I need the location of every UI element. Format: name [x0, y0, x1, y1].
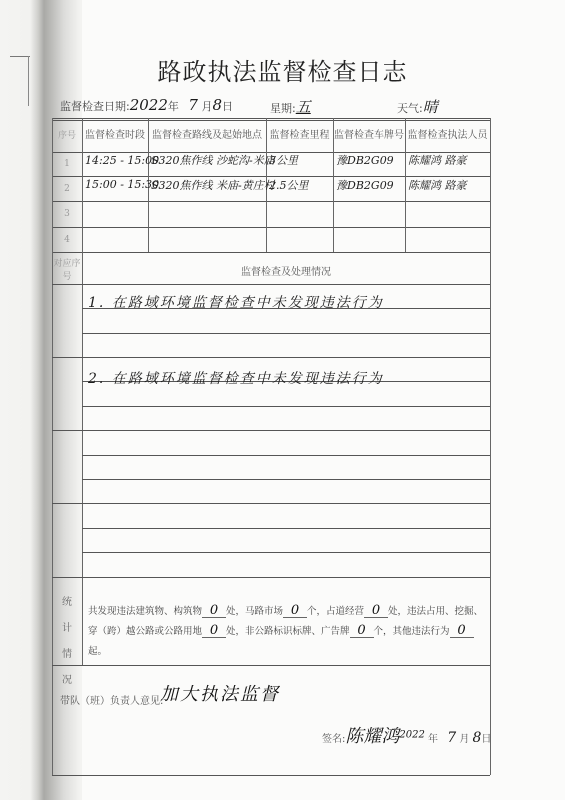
- row-number: 1: [53, 152, 81, 176]
- header-seq: 序号: [53, 120, 81, 152]
- row-officers: 陈耀鸿 路豪: [406, 148, 491, 172]
- row-officers: [406, 223, 491, 248]
- statistics-text: 共发现违法建筑物、构筑物0处，马路市场0个，占道经营0处，违法占用、挖掘、穿（跨…: [88, 602, 488, 662]
- table-rule: [490, 252, 491, 775]
- table-rule: [82, 552, 490, 553]
- day-unit: 日: [222, 100, 233, 113]
- stat-text-1: 共发现违法建筑物、构筑物: [88, 606, 202, 617]
- row-plate: [334, 223, 406, 248]
- stat-land-occupancy-count: 0: [202, 624, 226, 638]
- inspection-date: 监督检查日期:2022年 7 月8日: [60, 96, 233, 114]
- row-mileage: 2.5公里: [267, 172, 334, 197]
- row-route: [149, 223, 267, 248]
- stat-text-3: 个，占道经营: [307, 606, 364, 617]
- row-number: 2: [53, 176, 81, 201]
- signature-year: 2022: [399, 730, 424, 741]
- table-rule: [82, 455, 490, 456]
- opinion-text: 加大执法监督: [160, 680, 280, 706]
- row-plate: 豫DB2G09: [334, 172, 406, 197]
- inspection-seq-label: 对应序号: [53, 254, 81, 284]
- row-period: 14:25 - 15:00: [83, 148, 149, 172]
- signature-name: 陈耀鸿: [345, 726, 399, 747]
- inspection-note-1: 1. 在路域环境监督检查中未发现违法行为: [88, 292, 384, 312]
- row-mileage: [267, 197, 334, 223]
- row-mileage: [267, 223, 334, 248]
- table-rule: [82, 430, 490, 431]
- signature-year-unit: 年: [428, 734, 438, 745]
- weather-label: 天气:: [397, 102, 423, 115]
- row-route: S320焦作线 米庙-黄庄村: [149, 172, 267, 197]
- table-rule: [82, 406, 490, 407]
- row-plate: 豫DB2G09: [334, 148, 406, 172]
- table-rule: [52, 252, 490, 253]
- stat-text-7: 起。: [88, 646, 107, 657]
- stat-buildings-count: 0: [202, 604, 226, 618]
- year-unit: 年: [168, 100, 179, 113]
- table-rule: [52, 118, 490, 119]
- statistics-label-char: 统: [52, 590, 82, 616]
- table-rule: [82, 357, 490, 358]
- row-mileage: 3公里: [267, 148, 334, 172]
- date-month: 7: [188, 96, 198, 114]
- table-rule: [82, 528, 490, 529]
- table-rule: [82, 503, 490, 504]
- weather-value: 晴: [423, 98, 438, 116]
- stat-road-occupancy-count: 0: [364, 604, 388, 618]
- month-unit: 月: [201, 100, 212, 113]
- signature-month-unit: 月: [459, 734, 469, 745]
- statistics-label-char: 计: [52, 616, 82, 642]
- stat-signs-count: 0: [350, 624, 374, 638]
- statistics-label-char: 情: [52, 642, 82, 668]
- table-rule: [52, 252, 53, 775]
- statistics-label-char: 况: [52, 668, 82, 694]
- table-rule: [52, 665, 490, 666]
- weekday-value: 五: [296, 98, 311, 116]
- table-rule: [52, 503, 82, 504]
- row-plate: [334, 197, 406, 223]
- date-label: 监督检查日期:: [60, 100, 130, 113]
- stat-text-6: 个，其他违法行为: [374, 626, 450, 637]
- statistics-label: 统计情况: [52, 590, 82, 694]
- row-number: 3: [53, 201, 81, 227]
- signature-block: 签名:陈耀鸿2022 年 7 月 8日: [322, 722, 491, 748]
- weekday-label: 星期:: [270, 102, 296, 115]
- row-period: 15:00 - 15:30: [83, 172, 149, 197]
- stat-text-5: 处，非公路标识标牌、广告牌: [226, 626, 350, 637]
- row-officers: [406, 197, 491, 223]
- opinion-label: 带队（班）负责人意见:: [60, 692, 163, 707]
- date-year: 2022: [130, 96, 168, 114]
- statistics-label-text: 统计情况: [52, 590, 82, 694]
- row-period: [83, 223, 149, 248]
- page-title: 路政执法监督检查日志: [0, 52, 565, 87]
- table-rule: [52, 357, 82, 358]
- table-rule: [52, 577, 490, 578]
- row-number: 4: [53, 227, 81, 252]
- signature-day-unit: 日: [481, 734, 491, 745]
- inspection-note-2: 2. 在路域环境监督检查中未发现违法行为: [88, 368, 384, 388]
- weather: 天气:晴: [397, 96, 438, 117]
- row-officers: 陈耀鸿 路豪: [406, 172, 491, 197]
- row-route: [149, 197, 267, 223]
- row-period: [83, 197, 149, 223]
- table-rule: [52, 284, 490, 285]
- table-rule: [52, 775, 490, 776]
- table-rule: [82, 333, 490, 334]
- date-day: 8: [212, 96, 222, 114]
- row-route: S320焦作线 沙蛇沟-米庙: [149, 148, 267, 172]
- signature-label: 签名:: [322, 734, 345, 745]
- stat-other-count: 0: [450, 624, 474, 638]
- table-rule: [52, 430, 82, 431]
- table-rule: [82, 479, 490, 480]
- weekday: 星期:五: [270, 96, 311, 117]
- stat-markets-count: 0: [283, 604, 307, 618]
- signature-month: 7: [447, 730, 456, 746]
- table-rule: [82, 252, 83, 665]
- inspection-header: 监督检查及处理情况: [82, 258, 490, 282]
- stat-text-2: 处，马路市场: [226, 606, 283, 617]
